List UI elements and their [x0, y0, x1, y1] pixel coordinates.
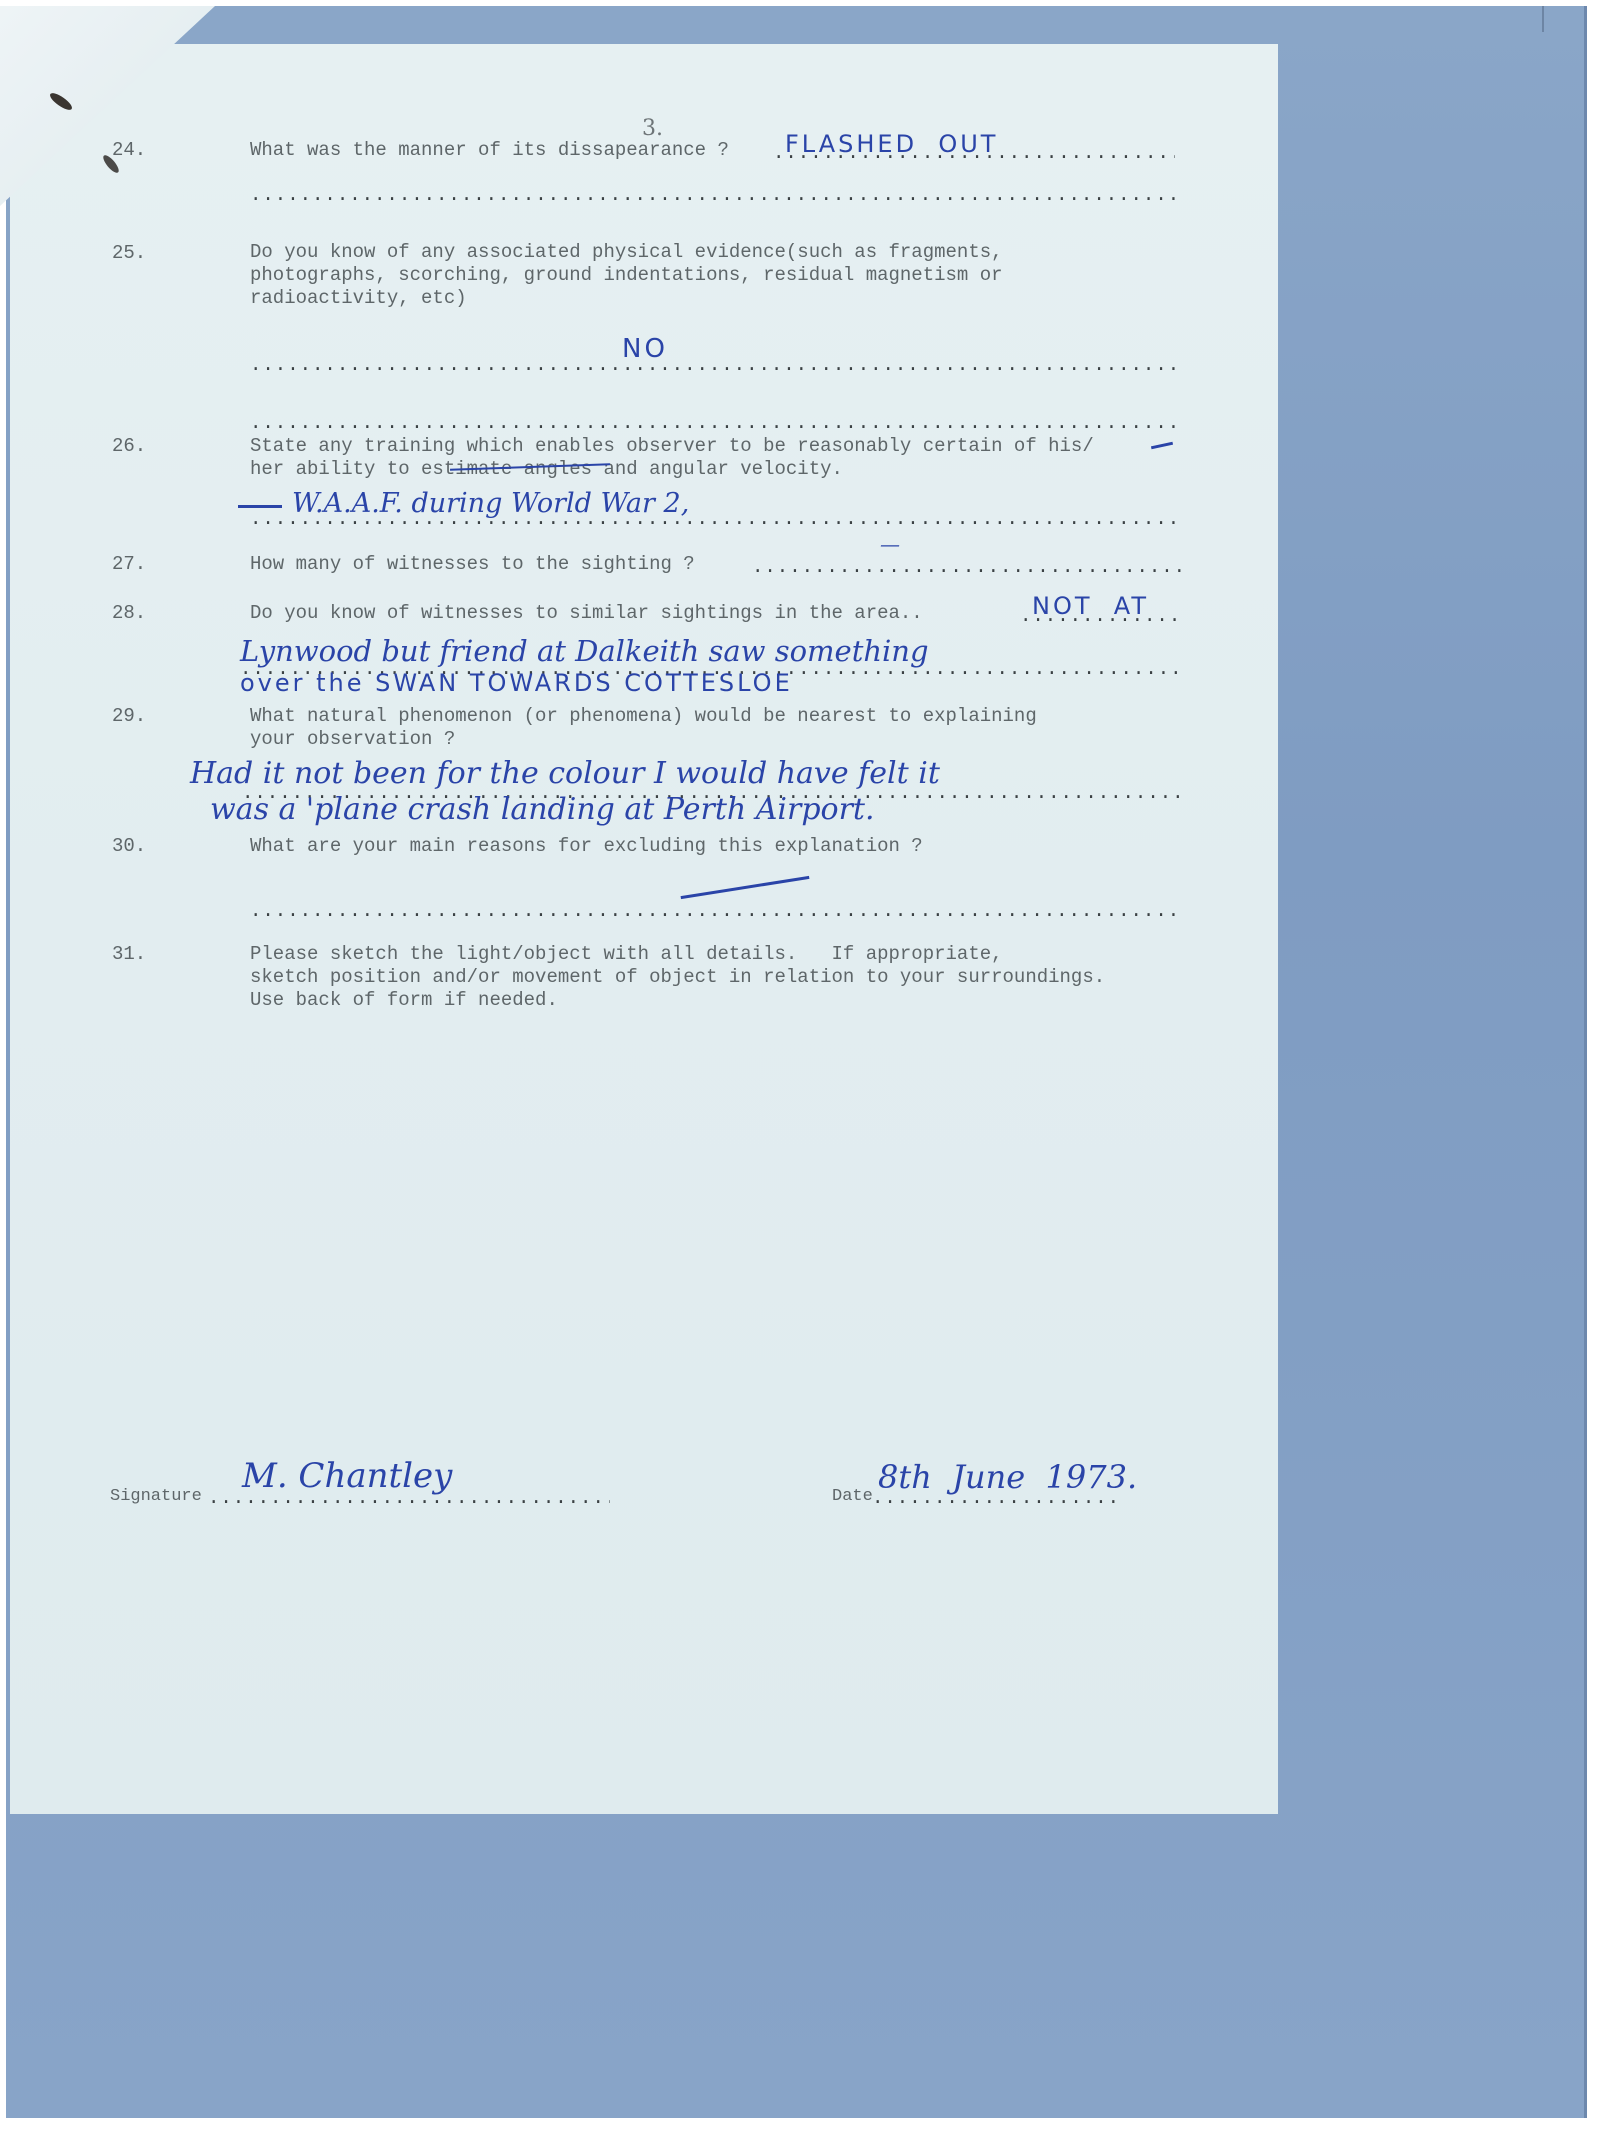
answer-line: ........................................… — [250, 900, 1182, 922]
answer-line-2: ........................................… — [250, 184, 1182, 206]
question-26-number: 26. — [112, 434, 146, 458]
question-31-line-2: sketch position and/or movement of objec… — [250, 965, 1105, 989]
signature-label: Signature — [110, 1485, 202, 1509]
question-28-number: 28. — [112, 601, 146, 625]
question-24-text: What was the manner of its dissapearance… — [250, 138, 740, 162]
answer-line: ........................................… — [752, 556, 1182, 578]
question-25-answer[interactable]: NO — [622, 334, 668, 364]
question-25-number: 25. — [112, 241, 146, 265]
question-28-extra-line-1[interactable]: Lynwood but friend at Dalkeith saw somet… — [240, 634, 929, 668]
question-28-answer[interactable]: NOT AT — [1032, 592, 1149, 620]
question-26-line-1: State any training which enables observe… — [250, 434, 1094, 458]
strikethrough-his — [1151, 442, 1173, 450]
question-29-line-2: your observation ? — [250, 727, 455, 751]
question-27-text: How many of witnesses to the sighting ? — [250, 552, 706, 576]
question-28-extra-line-2[interactable]: over the SWAN TOWARDS COTTESLOE — [240, 669, 793, 697]
question-25-line-2: photographs, scorching, ground indentati… — [250, 263, 1003, 287]
answer-line-2: ........................................… — [250, 412, 1182, 434]
answer-line: ........................................… — [250, 354, 1182, 376]
question-30-text: What are your main reasons for excluding… — [250, 834, 923, 858]
question-29-answer-line-1[interactable]: Had it not been for the colour I would h… — [190, 756, 940, 791]
backing-mark — [1542, 6, 1544, 32]
question-29-line-1: What natural phenomenon (or phenomena) w… — [250, 704, 1037, 728]
question-24-answer[interactable]: FLASHED OUT — [785, 130, 998, 158]
question-26-answer[interactable]: W.A.A.F. during World War 2, — [292, 488, 689, 519]
question-30-number: 30. — [112, 834, 146, 858]
form-page: 3. 24. What was the manner of its dissap… — [10, 44, 1278, 1814]
question-29-answer-line-2[interactable]: was a 'plane crash landing at Perth Airp… — [210, 792, 875, 827]
scanned-document: 3. 24. What was the manner of its dissap… — [0, 0, 1600, 2134]
question-25-line-3: radioactivity, etc) — [250, 286, 467, 310]
question-31-line-1: Please sketch the light/object with all … — [250, 942, 1003, 966]
question-26-line-2: her ability to estimate angles and angul… — [250, 457, 843, 481]
question-24-number: 24. — [112, 138, 146, 162]
question-27-number: 27. — [112, 552, 146, 576]
pen-stroke — [681, 876, 810, 899]
question-28-text: Do you know of witnesses to similar sigh… — [250, 601, 923, 625]
question-27-answer[interactable]: — — [880, 532, 900, 556]
date-value[interactable]: 8th June 1973. — [878, 1458, 1137, 1496]
question-29-number: 29. — [112, 704, 146, 728]
signature-value[interactable]: M. Chantley — [242, 1456, 452, 1496]
question-25-line-1: Do you know of any associated physical e… — [250, 240, 1003, 264]
question-31-number: 31. — [112, 942, 146, 966]
question-31-line-3: Use back of form if needed. — [250, 988, 558, 1012]
date-label: Date — [832, 1485, 873, 1509]
